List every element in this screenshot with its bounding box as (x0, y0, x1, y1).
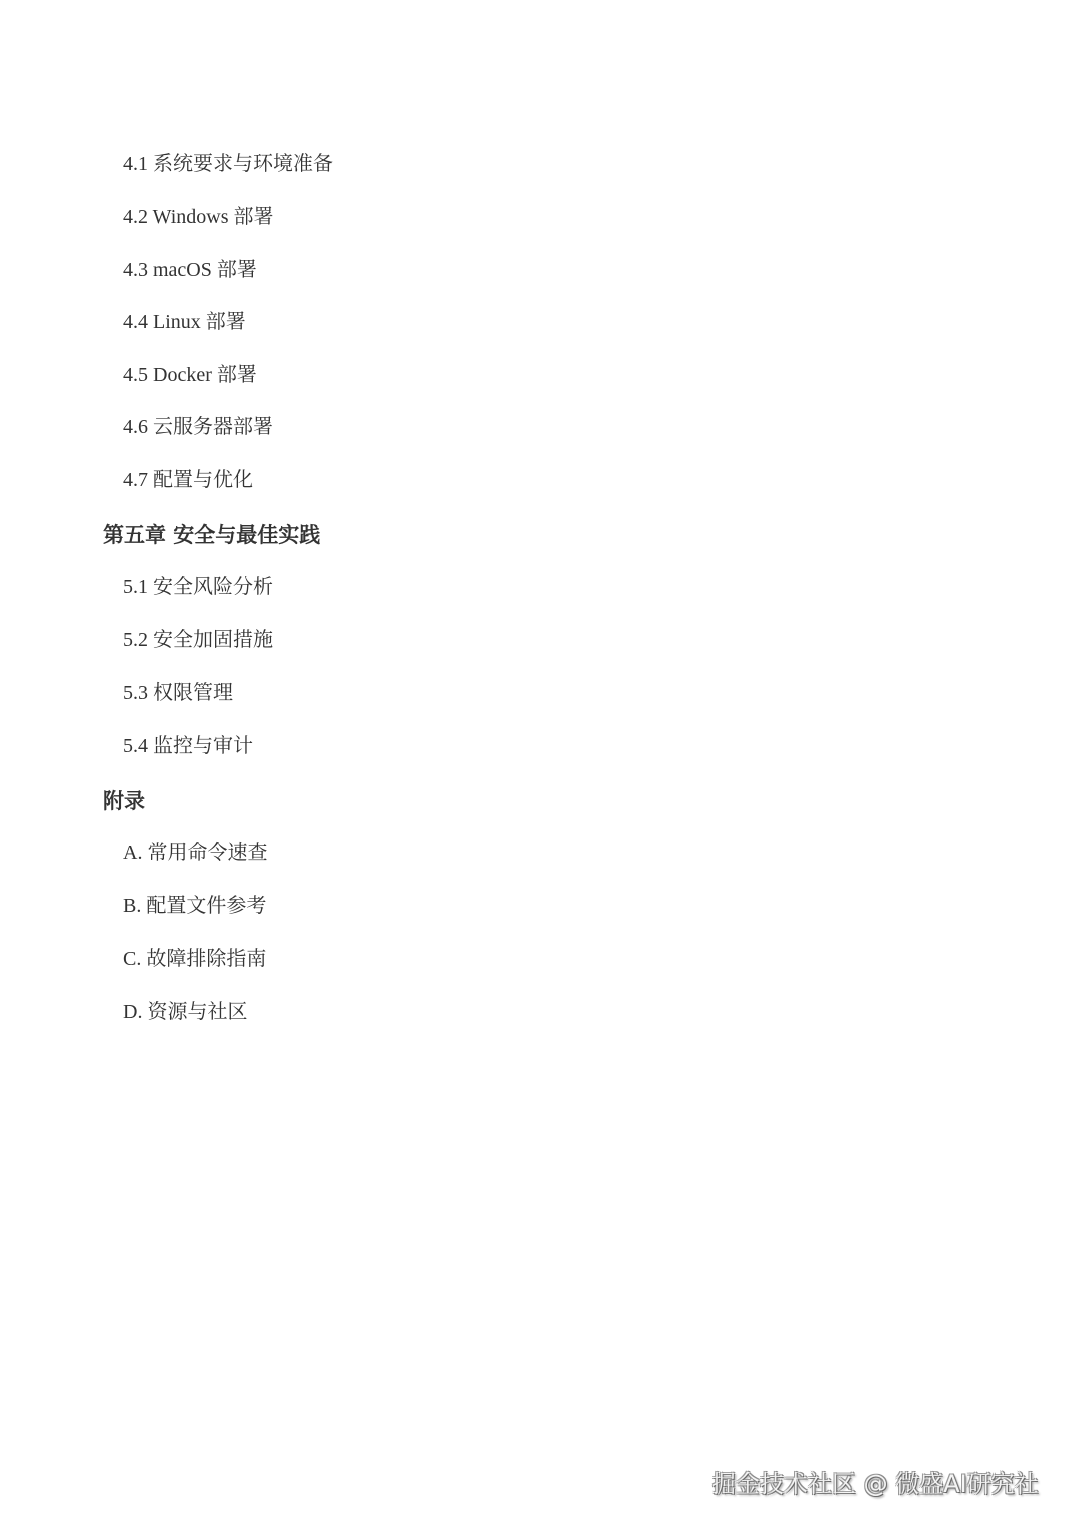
toc-item-4-4[interactable]: 4.4 Linux 部署 (123, 310, 246, 334)
toc-item-5-1[interactable]: 5.1 安全风险分析 (123, 575, 273, 599)
toc-item-4-6[interactable]: 4.6 云服务器部署 (123, 415, 273, 439)
toc-item-5-2[interactable]: 5.2 安全加固措施 (123, 628, 273, 652)
toc-item-5-3[interactable]: 5.3 权限管理 (123, 681, 233, 705)
toc-item-appendix-c[interactable]: C. 故障排除指南 (123, 947, 266, 971)
toc-item-appendix-d[interactable]: D. 资源与社区 (123, 1000, 247, 1024)
toc-item-appendix-a[interactable]: A. 常用命令速查 (123, 841, 267, 865)
toc-item-appendix-b[interactable]: B. 配置文件参考 (123, 894, 266, 918)
watermark: 掘金技术社区 @ 微盛AI研究社 (712, 1464, 1039, 1499)
chapter-5-heading[interactable]: 第五章 安全与最佳实践 (103, 522, 320, 548)
toc-item-4-1[interactable]: 4.1 系统要求与环境准备 (123, 152, 333, 176)
toc-item-4-3[interactable]: 4.3 macOS 部署 (123, 258, 257, 282)
toc-item-5-4[interactable]: 5.4 监控与审计 (123, 734, 253, 758)
toc-item-4-2[interactable]: 4.2 Windows 部署 (123, 205, 274, 229)
appendix-heading[interactable]: 附录 (103, 788, 145, 814)
toc-item-4-5[interactable]: 4.5 Docker 部署 (123, 363, 257, 387)
toc-item-4-7[interactable]: 4.7 配置与优化 (123, 468, 253, 492)
